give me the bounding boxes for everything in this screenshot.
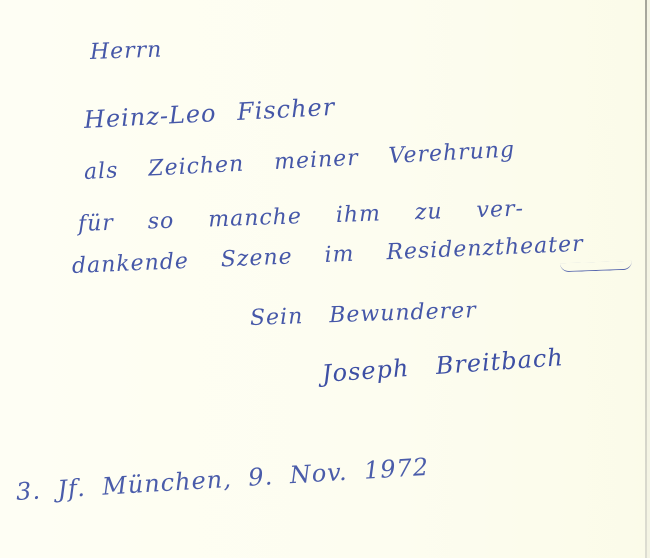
dedication-line-2: für so manche ihm zu ver- xyxy=(78,196,525,237)
recipient-name-text: Heinz-Leo Fischer xyxy=(83,93,336,134)
signature-text: Joseph Breitbach xyxy=(321,343,565,388)
salutation-text: Herrn xyxy=(90,37,163,65)
pen-flourish xyxy=(560,261,632,273)
dedication-line-1: als Zeichen meiner Verehrung xyxy=(83,137,515,185)
place-date-text: 3. Jf. München, 9. Nov. 1972 xyxy=(15,453,430,506)
document-page: Herrn Heinz-Leo Fischer als Zeichen mein… xyxy=(0,0,650,558)
dedication-line-3: dankende Szene im Residenztheater xyxy=(71,232,584,279)
closing-text: Sein Bewunderer xyxy=(250,298,478,331)
